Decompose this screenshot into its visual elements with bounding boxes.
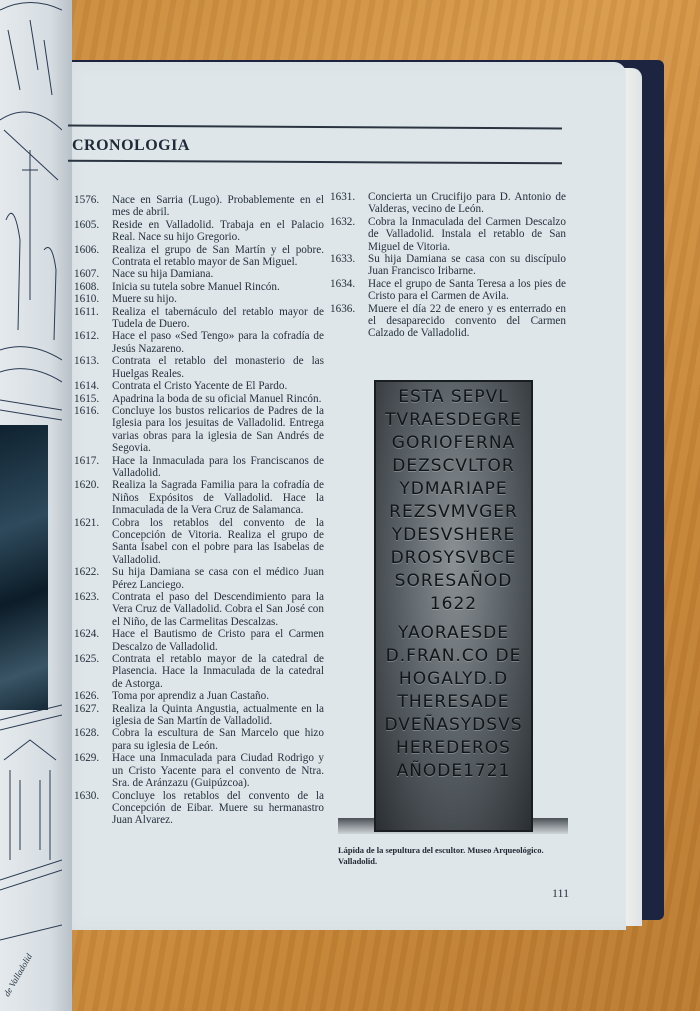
entry-year: 1606. [74, 244, 112, 269]
chronology-entry: 1612.Hace el paso «Sed Tengo» para la co… [74, 330, 324, 355]
inscription-line: YDESVSHERE [384, 524, 523, 547]
chronology-entry: 1613.Contrata el retablo del monasterio … [74, 355, 324, 380]
entry-text: Nace en Sarria (Lugo). Probablemente en … [112, 194, 324, 219]
entry-text: Realiza el tabernáculo del retablo mayor… [112, 306, 324, 331]
entry-text: Realiza la Sagrada Familia para la cofra… [112, 479, 324, 516]
entry-text: Cobra la escultura de San Marcelo que hi… [112, 727, 324, 752]
inscription-line: DEZSCVLTOR [384, 455, 523, 478]
chronology-entry: 1616.Concluye los bustos relicarios de P… [74, 405, 324, 455]
entry-year: 1612. [74, 330, 112, 355]
entry-text: Hace una Inmaculada para Ciudad Rodrigo … [112, 752, 324, 789]
chronology-entry: 1631.Concierta un Crucifijo para D. Anto… [330, 191, 566, 216]
section-title: CRONOLOGIA [72, 137, 190, 155]
entry-text: Su hija Damiana se casa con su discípulo… [368, 253, 566, 278]
tombstone-inscription-upper: ESTA SEPVLTVRAESDEGREGORIOFERNADEZSCVLTO… [384, 386, 523, 616]
entry-year: 1629. [74, 752, 112, 789]
entry-year: 1634. [330, 278, 368, 303]
tombstone-photo: ESTA SEPVLTVRAESDEGREGORIOFERNADEZSCVLTO… [374, 380, 533, 832]
entry-year: 1576. [74, 194, 112, 219]
chronology-entry: 1615.Apadrina la boda de su oficial Manu… [74, 393, 324, 405]
entry-year: 1617. [74, 455, 112, 480]
entry-text: Hace el paso «Sed Tengo» para la cofradí… [112, 330, 324, 355]
entry-text: Realiza la Quinta Angustia, actualmente … [112, 703, 324, 728]
chronology-entry: 1605.Reside en Valladolid. Trabaja en el… [74, 219, 324, 244]
chronology-entry: 1622.Su hija Damiana se casa con el médi… [74, 566, 324, 591]
inscription-line: DVEÑASYDSVS [384, 714, 523, 737]
entry-year: 1605. [74, 219, 112, 244]
entry-year: 1608. [74, 281, 112, 293]
entry-year: 1626. [74, 690, 112, 702]
entry-year: 1614. [74, 380, 112, 392]
facing-page: de Valladolid [0, 0, 72, 1011]
entry-text: Muere su hijo. [112, 293, 324, 305]
entry-year: 1627. [74, 703, 112, 728]
inscription-line: REZSVMVGER [384, 501, 523, 524]
chronology-entry: 1626.Toma por aprendiz a Juan Castaño. [74, 690, 324, 702]
entry-year: 1631. [330, 191, 368, 216]
chronology-entry: 1620.Realiza la Sagrada Familia para la … [74, 479, 324, 516]
entry-year: 1610. [74, 293, 112, 305]
entry-text: Concierta un Crucifijo para D. Antonio d… [368, 191, 566, 216]
entry-year: 1625. [74, 653, 112, 690]
inscription-line: 1622 [384, 593, 523, 616]
entry-text: Hace el grupo de Santa Teresa a los pies… [368, 278, 566, 303]
inscription-line: SORESAÑOD [384, 570, 523, 593]
entry-text: Contrata el paso del Descendimiento para… [112, 591, 324, 628]
chronology-entry: 1614.Contrata el Cristo Yacente de El Pa… [74, 380, 324, 392]
chronology-entry: 1634.Hace el grupo de Santa Teresa a los… [330, 278, 566, 303]
chronology-entry: 1625.Contrata el retablo mayor de la cat… [74, 653, 324, 690]
chronology-entry: 1633.Su hija Damiana se casa con su disc… [330, 253, 566, 278]
inscription-line: TVRAESDEGRE [384, 409, 523, 432]
chronology-column-right: 1631.Concierta un Crucifijo para D. Anto… [330, 191, 566, 340]
entry-year: 1613. [74, 355, 112, 380]
entry-text: Hace el Bautismo de Cristo para el Carme… [112, 628, 324, 653]
entry-year: 1636. [330, 303, 368, 340]
inscription-line: THERESADE [384, 691, 523, 714]
entry-year: 1632. [330, 216, 368, 253]
inscription-line: HOGALYD.D [384, 668, 523, 691]
page-number: 111 [552, 886, 569, 901]
entry-text: Reside en Valladolid. Trabaja en el Pala… [112, 219, 324, 244]
entry-text: Concluye los retablos del convento de la… [112, 790, 324, 827]
entry-text: Contrata el retablo del monasterio de la… [112, 355, 324, 380]
entry-year: 1630. [74, 790, 112, 827]
entry-year: 1620. [74, 479, 112, 516]
chronology-entry: 1623.Contrata el paso del Descendimiento… [74, 591, 324, 628]
tombstone-inscription-lower: YAORAESDED.FRAN.CO DEHOGALYD.DTHERESADED… [384, 622, 523, 783]
entry-year: 1607. [74, 268, 112, 280]
chronology-entry: 1617.Hace la Inmaculada para los Francis… [74, 455, 324, 480]
entry-text: Inicia su tutela sobre Manuel Rincón. [112, 281, 324, 293]
entry-text: Su hija Damiana se casa con el médico Ju… [112, 566, 324, 591]
entry-text: Concluye los bustos relicarios de Padres… [112, 405, 324, 455]
chronology-entry: 1606.Realiza el grupo de San Martín y el… [74, 244, 324, 269]
chronology-entry: 1610.Muere su hijo. [74, 293, 324, 305]
chronology-column-left: 1576.Nace en Sarria (Lugo). Probablement… [74, 194, 324, 827]
chronology-entry: 1627.Realiza la Quinta Angustia, actualm… [74, 703, 324, 728]
entry-year: 1615. [74, 393, 112, 405]
entry-text: Contrata el Cristo Yacente de El Pardo. [112, 380, 324, 392]
inscription-line: YDMARIAPE [384, 478, 523, 501]
chronology-entry: 1629.Hace una Inmaculada para Ciudad Rod… [74, 752, 324, 789]
inscription-line: DROSYSVBCE [384, 547, 523, 570]
entry-text: Cobra los retablos del convento de la Co… [112, 517, 324, 567]
entry-text: Toma por aprendiz a Juan Castaño. [112, 690, 324, 702]
entry-text: Apadrina la boda de su oficial Manuel Ri… [112, 393, 324, 405]
retablo-photo-illustration [0, 425, 48, 710]
chronology-entry: 1628.Cobra la escultura de San Marcelo q… [74, 727, 324, 752]
figure-caption: Lápida de la sepultura del escultor. Mus… [338, 845, 570, 867]
chronology-entry: 1621.Cobra los retablos del convento de … [74, 517, 324, 567]
entry-text: Nace su hija Damiana. [112, 268, 324, 280]
inscription-line: YAORAESDE [384, 622, 523, 645]
chronology-entry: 1624.Hace el Bautismo de Cristo para el … [74, 628, 324, 653]
chronology-entry: 1607.Nace su hija Damiana. [74, 268, 324, 280]
inscription-line: AÑODE1721 [384, 760, 523, 783]
chronology-entry: 1632.Cobra la Inmaculada del Carmen Desc… [330, 216, 566, 253]
entry-year: 1628. [74, 727, 112, 752]
entry-text: Realiza el grupo de San Martín y el pobr… [112, 244, 324, 269]
inscription-line: HEREDEROS [384, 737, 523, 760]
entry-text: Hace la Inmaculada para los Franciscanos… [112, 455, 324, 480]
entry-year: 1622. [74, 566, 112, 591]
chronology-entry: 1630.Concluye los retablos del convento … [74, 790, 324, 827]
inscription-line: D.FRAN.CO DE [384, 645, 523, 668]
inscription-line: ESTA SEPVL [384, 386, 523, 409]
entry-year: 1621. [74, 517, 112, 567]
chronology-entry: 1636.Muere el día 22 de enero y es enter… [330, 303, 566, 340]
chronology-entry: 1576.Nace en Sarria (Lugo). Probablement… [74, 194, 324, 219]
chronology-entry: 1608.Inicia su tutela sobre Manuel Rincó… [74, 281, 324, 293]
entry-year: 1624. [74, 628, 112, 653]
entry-year: 1611. [74, 306, 112, 331]
entry-year: 1616. [74, 405, 112, 455]
inscription-line: GORIOFERNA [384, 432, 523, 455]
entry-text: Muere el día 22 de enero y es enterrado … [368, 303, 566, 340]
entry-text: Cobra la Inmaculada del Carmen Descalzo … [368, 216, 566, 253]
entry-year: 1623. [74, 591, 112, 628]
entry-text: Contrata el retablo mayor de la catedral… [112, 653, 324, 690]
chronology-entry: 1611.Realiza el tabernáculo del retablo … [74, 306, 324, 331]
entry-year: 1633. [330, 253, 368, 278]
